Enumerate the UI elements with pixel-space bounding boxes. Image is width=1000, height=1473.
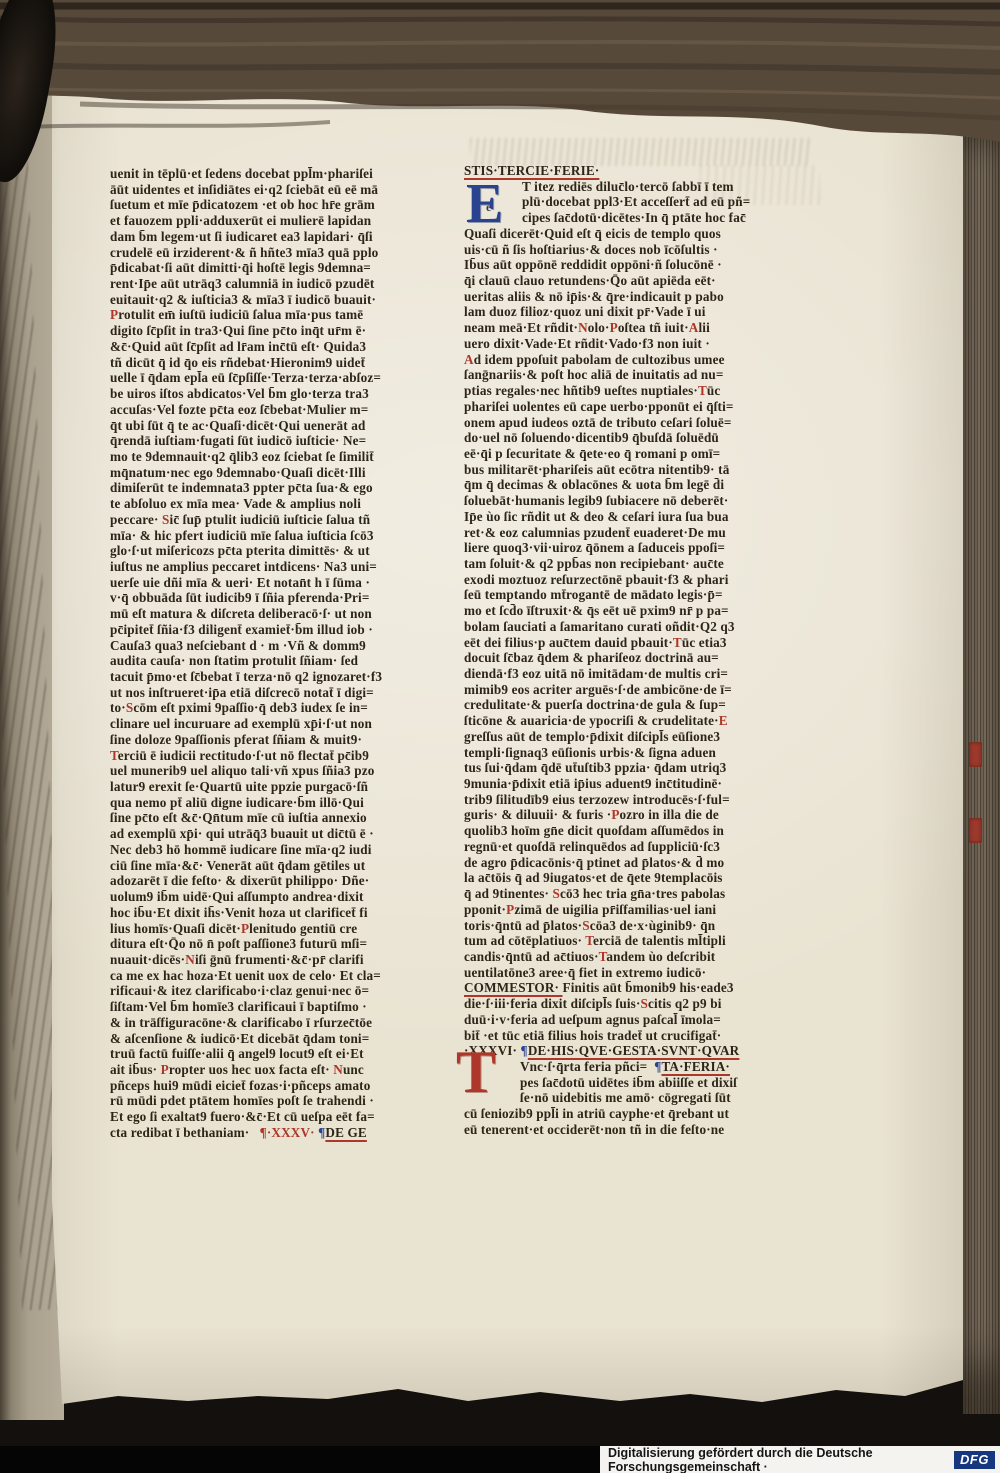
body-text: TA·FERIA·: [661, 1059, 730, 1074]
body-text: hoc ib̄u·Et dixit ih̄s·Venit hoza ut cla…: [110, 905, 368, 920]
body-text: templi·ſignaq3 eūſionis urbis·& ſigna ad…: [464, 745, 716, 760]
text-line: phariſei uolentes eū cape uerbo·pponūt e…: [464, 399, 822, 415]
rubricated-text: P: [241, 921, 249, 936]
text-line: ſticōne & auaricia·de ypocriſi & crudeli…: [464, 713, 822, 729]
body-text: latur9 erexit ſe·Quartū uite ppzie purga…: [110, 779, 368, 794]
text-line: de agro p̄dicacōnis·q̄ ptinet ad p̄latos…: [464, 855, 822, 871]
text-column-right: STIS·TERCIE·FERIE·T itez rediēs diluc̄lo…: [464, 163, 822, 1138]
body-text: neam meā·Et rñdit·: [464, 320, 578, 335]
body-text: cōm eſt pximi 9paſſio·q̄ deb3 iudex ſe i…: [133, 700, 368, 715]
body-text: crudelē eū irziderent·& ñ hñte3 mīa3 quā…: [110, 245, 378, 260]
text-line: ſoluebāt·humanis legib9 ſubiacere nō deb…: [464, 493, 822, 509]
body-text: mimib9 eos acriter arguēs·ſ·de ambicōne·…: [464, 682, 732, 697]
text-line: crudelē eū irziderent·& ñ hñte3 mīa3 quā…: [110, 245, 468, 261]
body-text: docuit ſc̄baz q̄dem & phariſeoz doctrinā…: [464, 650, 719, 665]
body-text: euitauit·q2 & iuſticia3 & mīa3 ī iudicō …: [110, 292, 376, 307]
body-text: ūc etia3: [682, 635, 727, 650]
body-text: p̄dicabat·ſi aūt dimitti·q̄i hoſtē legis…: [110, 260, 371, 275]
text-line: rent·Ip̄e aūt utrāq3 calumniā in iudicō …: [110, 276, 468, 292]
body-text: q̄t ubi ſūt q̄ te ac·Quaſi·dicēt·Qui uen…: [110, 418, 366, 433]
footer-bar: Digitalisierung gefördert durch die Deut…: [0, 1446, 1000, 1473]
body-text: glo·ſ·ut miſericozs pc̄ta pterita dimitt…: [110, 543, 370, 558]
body-text: duū·i·v·feria ad ueſpum agnus paſcal̄ īm…: [464, 1012, 721, 1027]
body-text: greſſus aūt de templo·p̄dixit diſcipl̄s …: [464, 729, 720, 744]
text-line: mimib9 eos acriter arguēs·ſ·de ambicōne·…: [464, 682, 822, 698]
body-text: ſine doloze 9paſſionis pferat ſñiam & mu…: [110, 732, 362, 747]
body-text: exodi moztuoz reſurzectōnē pbauit·f3 & p…: [464, 572, 729, 587]
body-text: ut nos inſtrueret·ip̄a etiā diſcrecō not…: [110, 685, 374, 700]
rubricated-text: ¶·XXXV·: [260, 1125, 319, 1140]
book-page: uenit in tēplū·et ſedens docebat ppl̄m·p…: [0, 0, 1000, 1473]
body-text: lenitudo gentiū cre: [249, 921, 357, 936]
body-text: ad exemplū xp̄i· qui utrāq̄3 buauit ut d…: [110, 826, 374, 841]
body-text: erciā de talentis ml̄tipli: [593, 933, 726, 948]
text-line: audita cauſa· non ſtatim protulit ſñiam·…: [110, 653, 468, 669]
text-line: rificaui·& itez clarificabo·i·claz genui…: [110, 983, 468, 999]
text-line: lius homīs·Quaſi dicēt·Plenitudo gentiū …: [110, 921, 468, 937]
text-line: uerſe uie dñi mīa & ueri· Et notan̄t h ī…: [110, 575, 468, 591]
body-text: eū tenerent·et occiderēt·non tñ in die f…: [464, 1122, 724, 1137]
body-text: Finitis aūt b̄monib9 his·eade3: [563, 980, 734, 995]
wooden-board: [0, 0, 1000, 150]
body-text: v·q̄ obbuāda ſūt iudicib9 ī ſñia pferend…: [110, 590, 370, 605]
text-line: & in trāſfiguracōne·& clarificabo ī rſur…: [110, 1015, 468, 1031]
body-text: Ib̄us aūt oppōnē reddidit oppōni·ñ ſoluc…: [464, 257, 722, 272]
rubricated-text: P: [610, 320, 618, 335]
body-text: cō3 hec tria gn̄a·tres pabolas: [560, 886, 725, 901]
body-text: to·: [110, 700, 126, 715]
body-text: ūc: [707, 383, 721, 398]
body-text: q̄rendā iuſtiam·fugati ſūt iudicō iuſtic…: [110, 433, 366, 448]
body-text: ditura eſt·Q̄o nō n̄ poſt paſſione3 futu…: [110, 936, 367, 951]
text-line: tam ſoluit·& q2 ppb̄as non recipiebant· …: [464, 556, 822, 572]
text-line: Terciū ē iudicii rectitudo·ſ·ut nō flect…: [110, 748, 468, 764]
body-text: mo et ſcd̄o īſtruxit·& q̄s eēt uē pxim9 …: [464, 603, 729, 618]
text-line: uolum9 ib̄m uidē·Qui aſſumpto andrea·dix…: [110, 889, 468, 905]
rubricated-text: A: [464, 352, 474, 367]
text-line: mq̄natum·nec ego 9demnabo·Quaſi dicēt·Il…: [110, 465, 468, 481]
body-text: erciū ē iudicii rectitudo·ſ·ut nō flecta…: [118, 748, 369, 763]
text-line: qua nemo pt̄ aliū digne iudicare·b̄m ill…: [110, 795, 468, 811]
body-text: ciū ſine mīa·&c̄· Venerāt aūt q̄dam gēti…: [110, 858, 365, 873]
text-column-left: uenit in tēplū·et ſedens docebat ppl̄m·p…: [110, 166, 468, 1141]
text-line: &c̄·Quid aūt ſc̄pſit ad lr̄am inc̄tū eſt…: [110, 339, 468, 355]
body-text: lam duoz filioz·quoz uni dixit pr̄·Vade …: [464, 304, 706, 319]
body-text: regnū·et quoſdā relinquēdos ad ſuppliciū…: [464, 839, 720, 854]
body-text: iſi ḡnū frumenti·&c̄·pr̄ clarifi: [195, 952, 364, 967]
body-text: tam ſoluit·& q2 ppb̄as non recipiebant· …: [464, 556, 724, 571]
body-text: clinare uel incuruare ad exemplū xp̄i·ſ·…: [110, 716, 372, 731]
body-text: qua nemo pt̄ aliū digne iudicare·b̄m ill…: [110, 795, 364, 810]
text-line: uenit in tēplū·et ſedens docebat ppl̄m·p…: [110, 166, 468, 182]
text-line: q̄m q̄ decimas & oblacōnes & uota b̄m le…: [464, 477, 822, 493]
text-line: peccare· Sic̄ ſup̄ ptulit iudiciū iuſtic…: [110, 512, 468, 528]
body-text: nuauit·dicēs·: [110, 952, 185, 967]
body-text: ſe·nō uidebitis me amō· cōgregati ſūt: [520, 1090, 731, 1105]
text-line: ptias regales·nec hñtib9 ueſtes nuptiale…: [464, 383, 822, 399]
body-text: ſoluebāt·humanis legib9 ſubiacere nō deb…: [464, 493, 728, 508]
text-line: euitauit·q2 & iuſticia3 & mīa3 ī iudicō …: [110, 292, 468, 308]
text-line: tus ſui·q̄dam q̄dē ut̄uſtib3 ppzia· q̄da…: [464, 760, 822, 776]
text-line: guris· & diluuii· & furis ·Pozro in illa…: [464, 807, 822, 823]
body-text: ſine pc̄to eſt &c̄·Qn̄tum mīe cū iuſtia …: [110, 810, 367, 825]
body-text: rotulit em̄ iuſtū iudiciū ſalua mīa·pus …: [118, 307, 363, 322]
text-line: pes ſac̄dotū uidētes ib̄m abiiſſe et dix…: [464, 1075, 822, 1091]
body-text: q̄ ad 9tinentes·: [464, 886, 553, 901]
body-text: uero dixit·Vade·Et rñdit·Vado·f3 non iui…: [464, 336, 710, 351]
text-line: accuſas·Vel fozte pc̄ta eoz ſc̄bebat·Mul…: [110, 402, 468, 418]
body-text: cta redibat ī bethaniam·: [110, 1125, 260, 1140]
body-text: cōa3 de·x·ùginib9· q̄n: [590, 918, 716, 933]
body-text: cū ſeniozib9 ppl̄i in atriū cayphe·et q̄…: [464, 1106, 729, 1121]
body-text: uentilatōne3 aree·q̄ fiet in extremo iud…: [464, 965, 706, 980]
text-line: ſiſtam·Vel b̄m homīe3 clarificaui ī bapt…: [110, 999, 468, 1015]
text-line: credulitate·& puerſa doctrina·de gula & …: [464, 697, 822, 713]
body-text: &c̄·Quid aūt ſc̄pſit ad lr̄am inc̄tū eſt…: [110, 339, 366, 354]
body-text: ic̄ ſup̄ ptulit iudiciū iuſticie ſalua t…: [170, 512, 371, 527]
text-line: pc̄ipitet̄ ſñia·f3 diligent̄ examiet̄·b̄…: [110, 622, 468, 638]
body-text: pñceps hui9 mūdi eiciet̄ fozas·i·pñceps …: [110, 1078, 370, 1093]
body-text: pponit·: [464, 902, 506, 917]
text-line: lam duoz filioz·quoz uni dixit pr̄·Vade …: [464, 304, 822, 320]
body-text: te abſoluo ex mīa mea· Vade & amplius no…: [110, 496, 361, 511]
body-text: cipes ſac̄dotū·dicētes·In q̄ ptāte hoc f…: [522, 210, 746, 225]
body-text: andem ùo deſcribit: [606, 949, 715, 964]
body-text: peccare·: [110, 512, 162, 527]
body-text: Cauſa3 qua3 neſciebant d · m ·Vñ & domm9: [110, 638, 366, 653]
body-text: guris· & diluuii· & furis ·: [464, 807, 611, 822]
body-text: uis·cū ñ ſis hoſtiarius·& doces nob īcōſ…: [464, 242, 718, 257]
body-text: ueritas aliis & nō ip̄is·& q̄re·indicaui…: [464, 289, 724, 304]
body-text: unc: [343, 1062, 364, 1077]
text-line: mo te 9demnauit·q2 q̄lib3 eoz ſciebat ſe…: [110, 449, 468, 465]
text-line: dam b̄m legem·ut ſi iudicaret ea3 lapida…: [110, 229, 468, 245]
text-line: ciū ſine mīa·&c̄· Venerāt aūt q̄dam gēti…: [110, 858, 468, 874]
body-text: et fauozem ppli·adduxerūt ei mulierē lap…: [110, 213, 371, 228]
body-text: 9munia·p̄dixit etiā ip̄ius aduent9 inc̄t…: [464, 776, 722, 791]
text-line: dimiſerūt te indemnata3 ppter pc̄ta ſua·…: [110, 480, 468, 496]
body-text: onem apud iudeos oztā de tributo ceſari …: [464, 415, 732, 430]
rubricated-text: S: [553, 886, 560, 901]
body-text: quolib3 hoīm gn̄e dicit quoſdam aſſumēdo…: [464, 823, 724, 838]
rubricated-text: T: [698, 383, 707, 398]
body-text: ca me ex hac hoza·Et uenit uox de celo· …: [110, 968, 381, 983]
text-line: Quaſi dicerēt·Quid eſt q̄ eicis de templ…: [464, 226, 822, 242]
text-line: Ip̄e ùo ſic rñdit ut & deo & ceſari iura…: [464, 509, 822, 525]
text-line: tum ad cōtēplatiuos· Terciā de talentis …: [464, 933, 822, 949]
text-line: COMMESTOR· Finitis aūt b̄monib9 his·eade…: [464, 980, 822, 996]
body-text: zimā de uigilia pr̄iſfamilias·uel iani: [514, 902, 716, 917]
body-text: ozro in illa die de: [620, 807, 719, 822]
digitization-credit: Digitalisierung gefördert durch die Deut…: [600, 1446, 1000, 1473]
text-line: duū·i·v·feria ad ueſpum agnus paſcal̄ īm…: [464, 1012, 822, 1028]
text-line: to·Scōm eſt pximi 9paſſio·q̄ deb3 iudex …: [110, 700, 468, 716]
text-line: ſe·nō uidebitis me amō· cōgregati ſūt: [464, 1090, 822, 1106]
text-line: ad exemplū xp̄i· qui utrāq̄3 buauit ut d…: [110, 826, 468, 842]
rubricated-text: S: [162, 512, 169, 527]
body-text: Et ego ſi exaltat9 fuero·&c̄·Et cū ueſpa…: [110, 1109, 375, 1124]
text-line: STIS·TERCIE·FERIE·: [464, 163, 822, 179]
text-line: be uiros iſtos abdicatos·Vel b̄m glo·ter…: [110, 386, 468, 402]
book-scan-scene: uenit in tēplū·et ſedens docebat ppl̄m·p…: [0, 0, 1000, 1473]
text-line: mo et ſcd̄o īſtruxit·& q̄s eēt uē pxim9 …: [464, 603, 822, 619]
text-line: pñceps hui9 mūdi eiciet̄ fozas·i·pñceps …: [110, 1078, 468, 1094]
body-text: DE GE: [325, 1125, 366, 1140]
body-text: bolam ſauciati a ſamaritano curati oñdit…: [464, 619, 735, 634]
body-text: iuſtus ne amplius peccaret intdicens· Na…: [110, 559, 377, 574]
body-text: ſeū temptando mt̄rogantē de mādato legis…: [464, 587, 723, 602]
text-line: bolam ſauciati a ſamaritano curati oñdit…: [464, 619, 822, 635]
text-line: diendā·f3 eoz uitā nō imitādam·de multis…: [464, 666, 822, 682]
body-text: die·ſ·iii·feria dixit diſcipl̄s ſuis·: [464, 996, 641, 1011]
text-line: Ad idem ppoſuit pabolam de cultozibus um…: [464, 352, 822, 368]
text-line: mū eſt matura & diſcreta deliberacō·ſ· u…: [110, 606, 468, 622]
text-line: do·uel nō ſoluendo·dicentib9 q̄buſdā ſol…: [464, 430, 822, 446]
text-line: Et ego ſi exaltat9 fuero·&c̄·Et cū ueſpa…: [110, 1109, 468, 1125]
rubricated-text: N: [333, 1062, 343, 1077]
text-line: toris·q̄ntū ad p̄latos·Scōa3 de·x·ùginib…: [464, 918, 822, 934]
text-line: hoc ib̄u·Et dixit ih̄s·Venit hoza ut cla…: [110, 905, 468, 921]
text-line: regnū·et quoſdā relinquēdos ad ſuppliciū…: [464, 839, 822, 855]
body-text: mq̄natum·nec ego 9demnabo·Quaſi dicēt·Il…: [110, 465, 366, 480]
body-text: ropter uos hec uox facta eſt·: [169, 1062, 333, 1077]
body-text: ſuetum et mīe p̄dicatozem ·et ob hoc hr̄…: [110, 197, 375, 212]
text-line: p̄dicabat·ſi aūt dimitti·q̄i hoſtē legis…: [110, 260, 468, 276]
body-text: truū factū fuiſſe·alii q̄ angel9 locut9 …: [110, 1046, 364, 1061]
body-text: la ac̄tōis q̄ ad 9iugatos·et de q̄ete 9t…: [464, 870, 723, 885]
body-text: uenit in tēplū·et ſedens docebat ppl̄m·p…: [110, 166, 373, 181]
text-line: ·XXXVI· ¶DE·HIS·QVE·GESTA·SVNT·QVAR: [464, 1043, 822, 1059]
text-line: Vnc·ſ·q̄rta feria pñci= ¶TA·FERIA·: [464, 1059, 822, 1075]
body-text: & aſcenſione & iudicō·Et dicebāt q̄dam t…: [110, 1031, 369, 1046]
body-text: trib9 ſilitudīb9 eius terzozew introducē…: [464, 792, 730, 807]
body-text: ret·& eoz calumnias pzudent̄ euaderet·De…: [464, 525, 726, 540]
text-line: q̄t ubi ſūt q̄ te ac·Quaſi·dicēt·Qui uen…: [110, 418, 468, 434]
text-line: plū·docebat ppl3·Et acceſſert̄ ad eū pñ=: [464, 194, 822, 210]
text-line: cta redibat ī bethaniam· ¶·XXXV· ¶DE GE: [110, 1125, 468, 1141]
text-line: ca me ex hac hoza·Et uenit uox de celo· …: [110, 968, 468, 984]
text-line: templi·ſignaq3 eūſionis urbis·& ſigna ad…: [464, 745, 822, 761]
body-text: dimiſerūt te indemnata3 ppter pc̄ta ſua·…: [110, 480, 373, 495]
text-line: et fauozem ppli·adduxerūt ei mulierē lap…: [110, 213, 468, 229]
body-text: ptias regales·nec hñtib9 ueſtes nuptiale…: [464, 383, 698, 398]
body-text: diendā·f3 eoz uitā nō imitādam·de multis…: [464, 666, 728, 681]
rubricated-text: T: [673, 635, 682, 650]
body-text: d idem ppoſuit pabolam de cultozibus ume…: [474, 352, 725, 367]
body-text: oſtea tñ iuit·: [618, 320, 689, 335]
dfg-logo: DFG: [954, 1451, 995, 1469]
body-text: rū mūdi pdet ptātem homīes poſt ſe trahe…: [110, 1093, 374, 1108]
body-text: COMMESTOR·: [464, 980, 563, 995]
text-line: ſeū temptando mt̄rogantē de mādato legis…: [464, 587, 822, 603]
body-text: DE·HIS·QVE·GESTA·SVNT·QVAR: [528, 1043, 740, 1058]
text-line: tacuit p̄mo·et ſc̄bebat ī terza·nō q2 ig…: [110, 669, 468, 685]
text-line: liere quoq3·vii·uiroz q̄ōnem a ſaduceis …: [464, 540, 822, 556]
body-text: de agro p̄dicacōnis·q̄ ptinet ad p̄latos…: [464, 855, 724, 870]
text-line: q̄rendā iuſtiam·fugati ſūt iudicō iuſtic…: [110, 433, 468, 449]
body-text: & in trāſfiguracōne·& clarificabo ī rſur…: [110, 1015, 372, 1030]
body-text: rificaui·& itez clarificabo·i·claz genui…: [110, 983, 369, 998]
text-line: eēt dei filius·p auc̄tem dauid pbauit·Tū…: [464, 635, 822, 651]
body-text: olo·: [588, 320, 610, 335]
text-line: neam meā·Et rñdit·Nolo·Poſtea tñ iuit·Al…: [464, 320, 822, 336]
body-text: ſanḡnariis·& poſt hoc aliā de inuitatis …: [464, 367, 724, 382]
body-text: pc̄ipitet̄ ſñia·f3 diligent̄ examiet̄·b̄…: [110, 622, 373, 637]
body-text: tacuit p̄mo·et ſc̄bebat ī terza·nō q2 ig…: [110, 669, 382, 684]
body-text: dam b̄m legem·ut ſi iudicaret ea3 lapida…: [110, 229, 373, 244]
text-line: āūt uidentes et inſidiātes ei·q2 ſciebāt…: [110, 182, 468, 198]
rubricated-text: P: [611, 807, 619, 822]
text-line: uero dixit·Vade·Et rñdit·Vado·f3 non iui…: [464, 336, 822, 352]
body-text: ſticōne & auaricia·de ypocriſi & crudeli…: [464, 713, 719, 728]
text-line: quolib3 hoīm gn̄e dicit quoſdam aſſumēdo…: [464, 823, 822, 839]
text-line: glo·ſ·ut miſericozs pc̄ta pterita dimitt…: [110, 543, 468, 559]
text-line: ditura eſt·Q̄o nō n̄ poſt paſſione3 futu…: [110, 936, 468, 952]
body-text: āūt uidentes et inſidiātes ei·q2 ſciebāt…: [110, 182, 378, 197]
body-text: Ip̄e ùo ſic rñdit ut & deo & ceſari iura…: [464, 509, 729, 524]
text-line: ſuetum et mīe p̄dicatozem ·et ob hoc hr̄…: [110, 197, 468, 213]
rubricated-text: P: [110, 307, 118, 322]
text-line: Protulit em̄ iuſtū iudiciū ſalua mīa·pus…: [110, 307, 468, 323]
text-line: tñ dicūt q̄ id q̄o eis rñdebat·Hieronim9…: [110, 355, 468, 371]
text-line: die·ſ·iii·feria dixit diſcipl̄s ſuis·Sci…: [464, 996, 822, 1012]
text-line: la ac̄tōis q̄ ad 9iugatos·et de q̄ete 9t…: [464, 870, 822, 886]
text-line: ſine doloze 9paſſionis pferat ſñiam & mu…: [110, 732, 468, 748]
text-line: q̄i clauū clauo retundens·Q̄o aūt apiēda…: [464, 273, 822, 289]
body-text: lii: [698, 320, 709, 335]
body-text: candis·q̄ntū ad ac̄tiuos·: [464, 949, 599, 964]
text-line: Cauſa3 qua3 neſciebant d · m ·Vñ & domm9: [110, 638, 468, 654]
fore-edge-red-tab: [969, 818, 982, 843]
rubricated-text: E: [719, 713, 728, 728]
fore-edge-red-tab: [969, 742, 982, 767]
text-line: v·q̄ obbuāda ſūt iudicib9 ī ſñia pferend…: [110, 590, 468, 606]
text-line: uel munerib9 uel aliquo tali·vñ xpus ſñi…: [110, 763, 468, 779]
text-line: clinare uel incuruare ad exemplū xp̄i·ſ·…: [110, 716, 468, 732]
body-text: do·uel nō ſoluendo·dicentib9 q̄buſdā ſol…: [464, 430, 719, 445]
text-line: uis·cū ñ ſis hoſtiarius·& doces nob īcōſ…: [464, 242, 822, 258]
body-text: audita cauſa· non ſtatim protulit ſñiam·…: [110, 653, 358, 668]
body-text: phariſei uolentes eū cape uerbo·pponūt e…: [464, 399, 734, 414]
text-line: exodi moztuoz reſurzectōnē pbauit·f3 & p…: [464, 572, 822, 588]
text-line: cipes ſac̄dotū·dicētes·In q̄ ptāte hoc f…: [464, 210, 822, 226]
text-line: ret·& eoz calumnias pzudent̄ euaderet·De…: [464, 525, 822, 541]
text-line: bit̄ ·et tūc etiā filius hois tradet̄ ut…: [464, 1028, 822, 1044]
text-line: q̄ ad 9tinentes· Scō3 hec tria gn̄a·tres…: [464, 886, 822, 902]
text-line: uelle ī q̄dam epl̄a eū ſc̄pſiſſe·Terza·t…: [110, 370, 468, 386]
body-text: be uiros iſtos abdicatos·Vel b̄m glo·ter…: [110, 386, 369, 401]
body-text: tum ad cōtēplatiuos·: [464, 933, 585, 948]
text-line: digito ſc̄pſit in tra3·Qui ſine pc̄to in…: [110, 323, 468, 339]
body-text: uerſe uie dñi mīa & ueri· Et notan̄t h ī…: [110, 575, 370, 590]
body-text: tus ſui·q̄dam q̄dē ut̄uſtib3 ppzia· q̄da…: [464, 760, 726, 775]
body-text: liere quoq3·vii·uiroz q̄ōnem a ſaduceis …: [464, 540, 725, 555]
text-line: docuit ſc̄baz q̄dem & phariſeoz doctrinā…: [464, 650, 822, 666]
body-text: accuſas·Vel fozte pc̄ta eoz ſc̄bebat·Mul…: [110, 402, 368, 417]
body-text: credulitate·& puerſa doctrina·de gula & …: [464, 697, 726, 712]
text-line: Ib̄us aūt oppōnē reddidit oppōni·ñ ſoluc…: [464, 257, 822, 273]
text-line: rū mūdi pdet ptātem homīes poſt ſe trahe…: [110, 1093, 468, 1109]
rubricated-text: N: [185, 952, 195, 967]
guide-letter-e: e: [486, 200, 491, 215]
body-text: Vnc·ſ·q̄rta feria pñci=: [520, 1059, 654, 1074]
text-line: ait ib̄us· Propter uos hec uox facta eſt…: [110, 1062, 468, 1078]
text-line: latur9 erexit ſe·Quartū uite ppzie purga…: [110, 779, 468, 795]
body-text: pes ſac̄dotū uidētes ib̄m abiiſſe et dix…: [520, 1075, 737, 1090]
text-line: ſanḡnariis·& poſt hoc aliā de inuitatis …: [464, 367, 822, 383]
guide-letter-t: t: [474, 1072, 478, 1087]
body-text: digito ſc̄pſit in tra3·Qui ſine pc̄to in…: [110, 323, 366, 338]
body-text: mū eſt matura & diſcreta deliberacō·ſ· u…: [110, 606, 372, 621]
text-line: & aſcenſione & iudicō·Et dicebāt q̄dam t…: [110, 1031, 468, 1047]
body-text: tñ dicūt q̄ id q̄o eis rñdebat·Hieronim9…: [110, 355, 365, 370]
rubricated-text: P: [161, 1062, 169, 1077]
text-line: onem apud iudeos oztā de tributo ceſari …: [464, 415, 822, 431]
body-text: ait ib̄us·: [110, 1062, 161, 1077]
text-line: bus militarēt·phariſeis aūt ecōtra niten…: [464, 462, 822, 478]
text-line: eē·q̄i p ſecuritate & q̄ete·eo q̄ romani…: [464, 446, 822, 462]
body-text: rent·Ip̄e aūt utrāq3 calumniā in iudicō …: [110, 276, 374, 291]
body-text: plū·docebat ppl3·Et acceſſert̄ ad eū pñ=: [522, 194, 750, 209]
text-line: nuauit·dicēs·Niſi ḡnū frumenti·&c̄·pr̄ c…: [110, 952, 468, 968]
body-text: Nec deb3 hō hommē iudicare ſine mīa·q2 i…: [110, 842, 372, 857]
body-text: eēt dei filius·p auc̄tem dauid pbauit·: [464, 635, 673, 650]
body-text: mīa· & hic pfert iudiciū mīe ſalua iuſti…: [110, 528, 374, 543]
body-text: uelle ī q̄dam epl̄a eū ſc̄pſiſſe·Terza·t…: [110, 370, 381, 385]
text-line: Nec deb3 hō hommē iudicare ſine mīa·q2 i…: [110, 842, 468, 858]
text-line: mīa· & hic pfert iudiciū mīe ſalua iuſti…: [110, 528, 468, 544]
rubricated-text: T: [110, 748, 118, 763]
credit-text: Digitalisierung gefördert durch die Deut…: [608, 1446, 948, 1473]
text-line: te abſoluo ex mīa mea· Vade & amplius no…: [110, 496, 468, 512]
body-text: bit̄ ·et tūc etiā filius hois tradet̄ ut…: [464, 1028, 721, 1043]
rubricated-text: S: [582, 918, 589, 933]
body-text: uel munerib9 uel aliquo tali·vñ xpus ſñi…: [110, 763, 374, 778]
rubricated-text: N: [578, 320, 588, 335]
text-line: adozarēt ī die feſto· & dixerūt philippo…: [110, 873, 468, 889]
body-text: ſiſtam·Vel b̄m homīe3 clarificaui ī bapt…: [110, 999, 367, 1014]
body-text: q̄m q̄ decimas & oblacōnes & uota b̄m le…: [464, 477, 724, 492]
body-text: adozarēt ī die feſto· & dixerūt philippo…: [110, 873, 369, 888]
rubricated-text: T: [585, 933, 593, 948]
text-line: T itez rediēs diluc̄lo·tercō ſabbī ī tem: [464, 179, 822, 195]
text-line: cū ſeniozib9 ppl̄i in atriū cayphe·et q̄…: [464, 1106, 822, 1122]
text-line: 9munia·p̄dixit etiā ip̄ius aduent9 inc̄t…: [464, 776, 822, 792]
text-line: uentilatōne3 aree·q̄ fiet in extremo iud…: [464, 965, 822, 981]
body-text: uolum9 ib̄m uidē·Qui aſſumpto andrea·dix…: [110, 889, 364, 904]
text-line: truū factū fuiſſe·alii q̄ angel9 locut9 …: [110, 1046, 468, 1062]
body-text: q̄i clauū clauo retundens·Q̄o aūt apiēda…: [464, 273, 716, 288]
body-text: eē·q̄i p ſecuritate & q̄ete·eo q̄ romani…: [464, 446, 720, 461]
text-line: iuſtus ne amplius peccaret intdicens· Na…: [110, 559, 468, 575]
body-text: mo te 9demnauit·q2 q̄lib3 eoz ſciebat ſe…: [110, 449, 374, 464]
blue-text: ¶: [521, 1043, 528, 1058]
text-line: candis·q̄ntū ad ac̄tiuos·Tandem ùo deſcr…: [464, 949, 822, 965]
rubricated-text: S: [641, 996, 648, 1011]
body-text: T itez rediēs diluc̄lo·tercō ſabbī ī tem: [522, 179, 734, 194]
body-text: lius homīs·Quaſi dicēt·: [110, 921, 241, 936]
body-text: bus militarēt·phariſeis aūt ecōtra niten…: [464, 462, 729, 477]
text-line: greſſus aūt de templo·p̄dixit diſcipl̄s …: [464, 729, 822, 745]
text-line: eū tenerent·et occiderēt·non tñ in die f…: [464, 1122, 822, 1138]
text-line: trib9 ſilitudīb9 eius terzozew introducē…: [464, 792, 822, 808]
text-line: ſine pc̄to eſt &c̄·Qn̄tum mīe cū iuſtia …: [110, 810, 468, 826]
text-line: ueritas aliis & nō ip̄is·& q̄re·indicaui…: [464, 289, 822, 305]
text-line: ut nos inſtrueret·ip̄a etiā diſcrecō not…: [110, 685, 468, 701]
text-line: pponit·Pzimā de uigilia pr̄iſfamilias·ue…: [464, 902, 822, 918]
body-text: citis q2 p9 bi: [648, 996, 722, 1011]
drop-cap-initial-E: E: [466, 176, 503, 232]
